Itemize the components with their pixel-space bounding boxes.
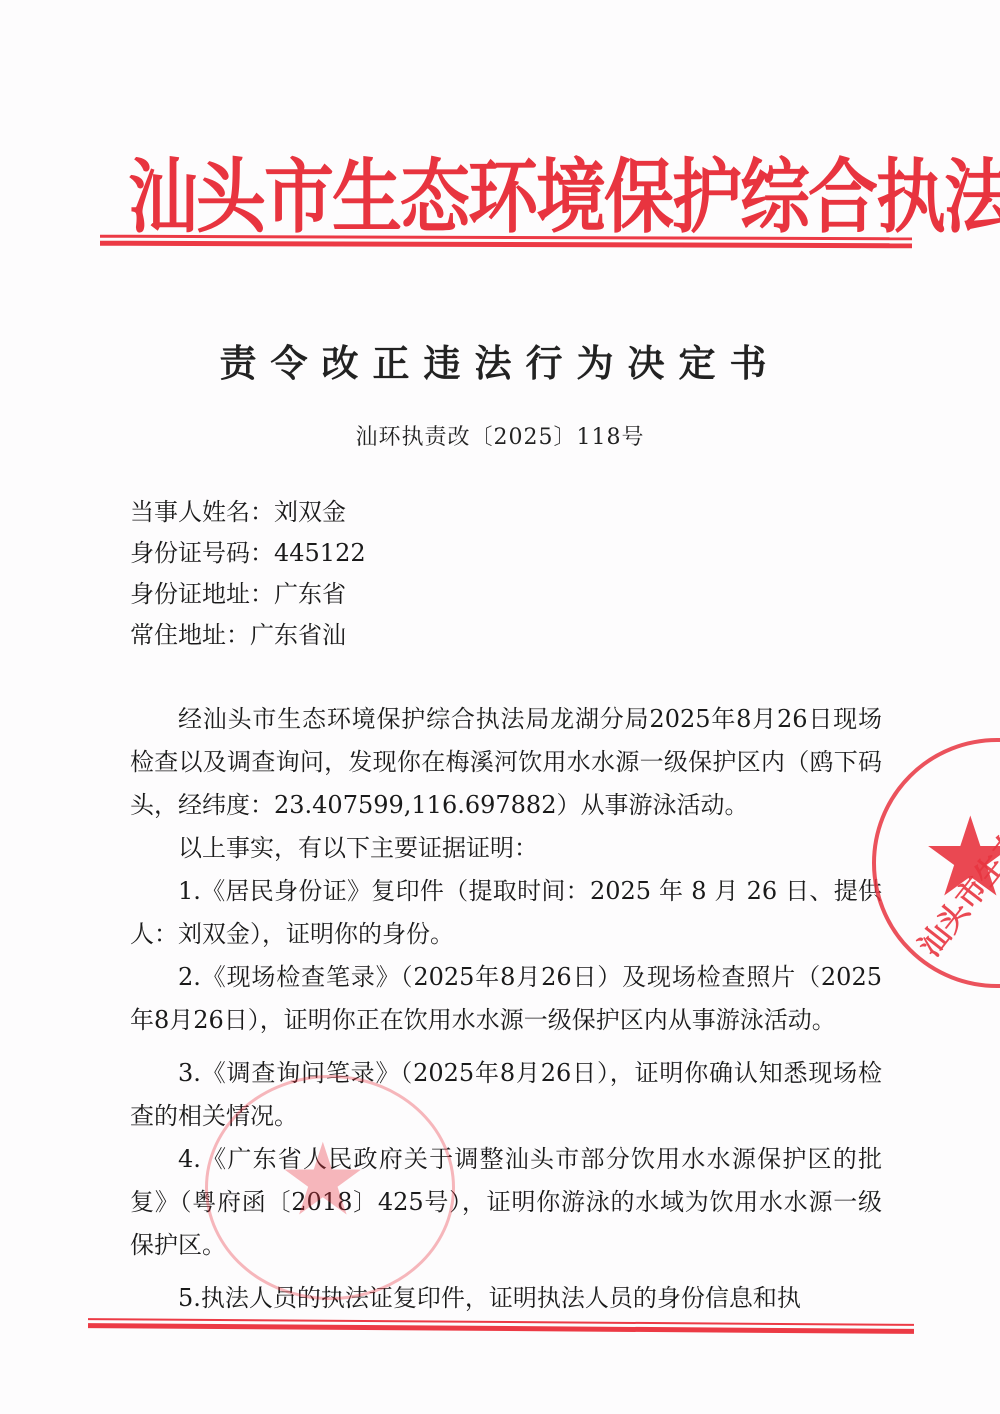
evidence-item: 2.《现场检查笔录》（2025年8月26日）及现场检查照片（2025年8月26日… (130, 956, 882, 1042)
star-icon: ★ (278, 1130, 368, 1230)
party-residence-value: 广东省汕 (250, 621, 346, 649)
party-name-row: 当事人姓名：刘双金 (130, 492, 646, 533)
redaction-block (346, 622, 646, 652)
evidence-item: 1.《居民身份证》复印件（提取时间：2025 年 8 月 26 日、提供人：刘双… (130, 870, 882, 956)
finding-paragraph: 经汕头市生态环境保护综合执法局龙湖分局2025年8月26日现场检查以及调查询问，… (130, 698, 882, 827)
party-id-address-label: 身份证地址： (130, 580, 274, 608)
evidence-intro: 以上事实，有以下主要证据证明： (130, 827, 882, 870)
official-seal: ★ 汕头市生态环境保护 (872, 738, 1000, 988)
faint-seal-bleedthrough: ★ (205, 1075, 455, 1300)
party-id-label: 身份证号码： (130, 539, 274, 567)
document-number: 汕环执责改〔2025〕118号 (0, 420, 1000, 451)
document-title: 责令改正违法行为决定书 (0, 333, 1000, 387)
party-residence-label: 常住地址： (130, 621, 250, 649)
party-name-value: 刘双金 (274, 498, 346, 526)
evidence-item: 5.执法人员的执法证复印件，证明执法人员的身份信息和执 (130, 1277, 882, 1320)
party-residence-row: 常住地址：广东省汕 (130, 615, 646, 656)
redaction-block (366, 540, 546, 570)
redaction-block (346, 581, 606, 611)
party-name-label: 当事人姓名： (130, 498, 274, 526)
party-info: 当事人姓名：刘双金 身份证号码：445122 身份证地址：广东省 常住地址：广东… (130, 492, 646, 656)
party-id-value: 445122 (274, 539, 366, 567)
party-id-address-value: 广东省 (274, 580, 346, 608)
party-id-row: 身份证号码：445122 (130, 533, 646, 574)
party-id-address-row: 身份证地址：广东省 (130, 574, 646, 615)
